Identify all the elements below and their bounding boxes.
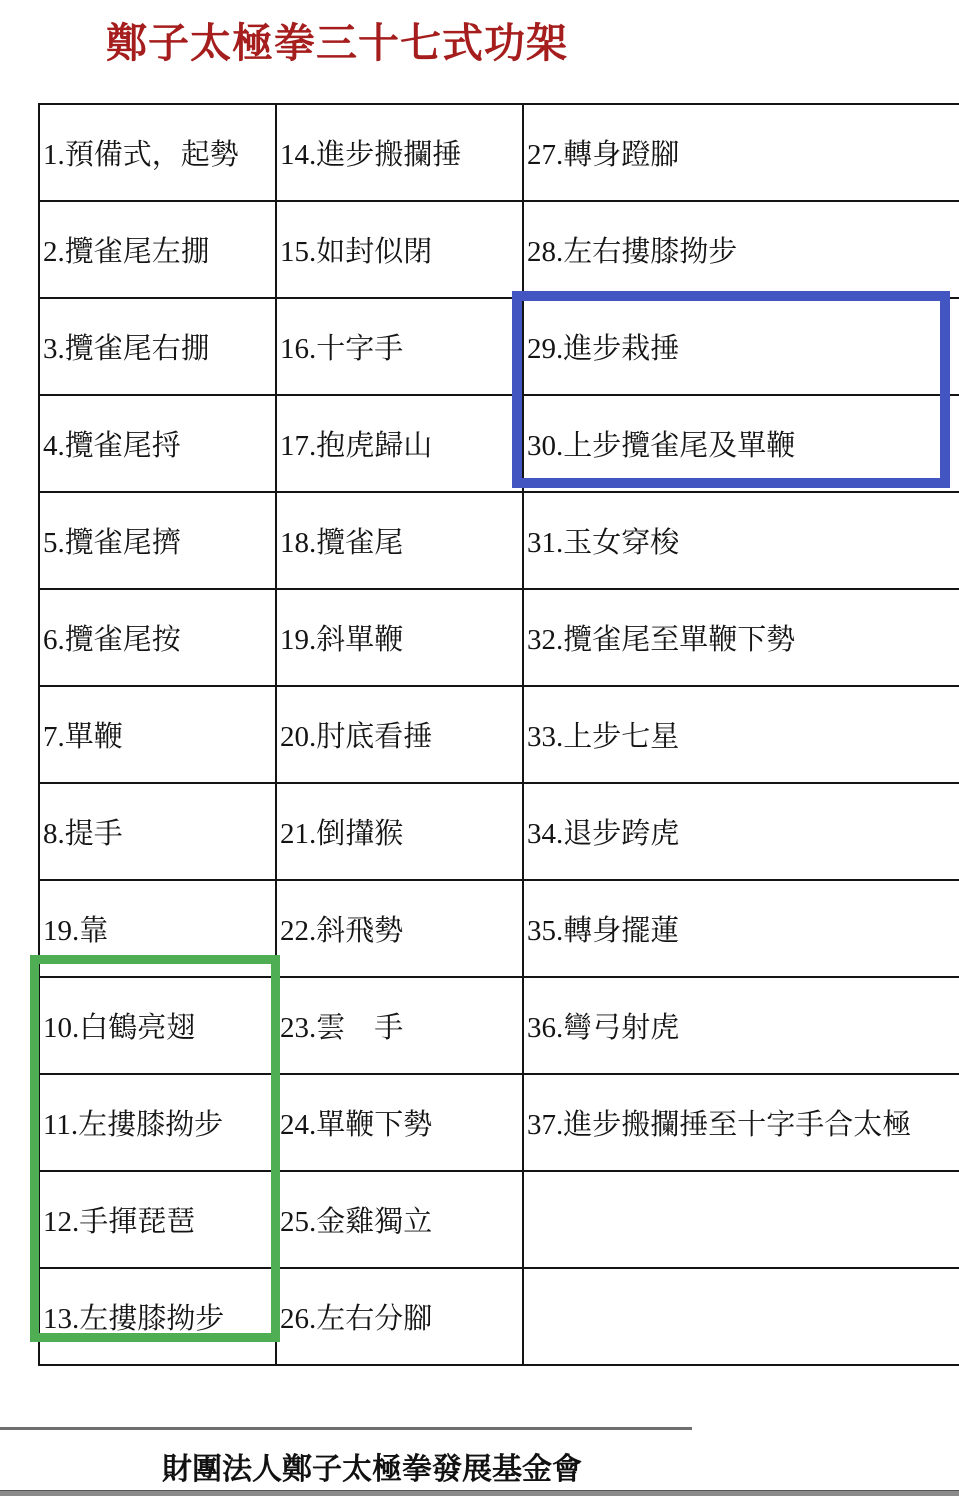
table-cell: 6.攬雀尾按 [39, 589, 276, 686]
table-cell [523, 1268, 959, 1365]
table-row: 4.攬雀尾捋17.抱虎歸山30.上步攬雀尾及單鞭 [39, 395, 959, 492]
table-row: 11.左摟膝拗步24.單鞭下勢37.進步搬攔捶至十字手合太極 [39, 1074, 959, 1171]
table-cell: 23.雲 手 [276, 977, 523, 1074]
table-cell: 35.轉身擺蓮 [523, 880, 959, 977]
table-cell: 12.手揮琵琶 [39, 1171, 276, 1268]
table-cell: 5.攬雀尾擠 [39, 492, 276, 589]
table-cell: 19.靠 [39, 880, 276, 977]
table-cell: 16.十字手 [276, 298, 523, 395]
table-cell: 17.抱虎歸山 [276, 395, 523, 492]
page-title: 鄭子太極拳三十七式功架 [106, 10, 568, 69]
table-cell: 26.左右分腳 [276, 1268, 523, 1365]
table-row: 13.左摟膝拗步26.左右分腳 [39, 1268, 959, 1365]
table-cell: 11.左摟膝拗步 [39, 1074, 276, 1171]
table-cell: 30.上步攬雀尾及單鞭 [523, 395, 959, 492]
table-cell: 20.肘底看捶 [276, 686, 523, 783]
page: 鄭子太極拳三十七式功架 1.預備式，起勢14.進步搬攔捶27.轉身蹬腳2.攬雀尾… [0, 0, 959, 1498]
table-cell: 25.金雞獨立 [276, 1171, 523, 1268]
table-cell: 36.彎弓射虎 [523, 977, 959, 1074]
table-cell: 7.單鞭 [39, 686, 276, 783]
table-cell: 28.左右摟膝拗步 [523, 201, 959, 298]
table-cell: 33.上步七星 [523, 686, 959, 783]
bottom-border-line [0, 1490, 959, 1496]
table-cell: 18.攬雀尾 [276, 492, 523, 589]
table-row: 2.攬雀尾左掤15.如封似閉28.左右摟膝拗步 [39, 201, 959, 298]
table-cell [523, 1171, 959, 1268]
footer-text: 財團法人鄭子太極拳發展基金會 [162, 1444, 582, 1488]
table-row: 12.手揮琵琶25.金雞獨立 [39, 1171, 959, 1268]
table-row: 3.攬雀尾右掤16.十字手29.進步栽捶 [39, 298, 959, 395]
table-cell: 14.進步搬攔捶 [276, 104, 523, 201]
table-cell: 1.預備式，起勢 [39, 104, 276, 201]
table-row: 8.提手21.倒攆猴34.退步跨虎 [39, 783, 959, 880]
table-cell: 13.左摟膝拗步 [39, 1268, 276, 1365]
table-cell: 15.如封似閉 [276, 201, 523, 298]
table-cell: 2.攬雀尾左掤 [39, 201, 276, 298]
table-cell: 34.退步跨虎 [523, 783, 959, 880]
table-row: 5.攬雀尾擠18.攬雀尾31.玉女穿梭 [39, 492, 959, 589]
table-cell: 32.攬雀尾至單鞭下勢 [523, 589, 959, 686]
table-cell: 10.白鶴亮翅 [39, 977, 276, 1074]
table-cell: 31.玉女穿梭 [523, 492, 959, 589]
table-cell: 27.轉身蹬腳 [523, 104, 959, 201]
table-row: 6.攬雀尾按19.斜單鞭32.攬雀尾至單鞭下勢 [39, 589, 959, 686]
table-row: 1.預備式，起勢14.進步搬攔捶27.轉身蹬腳 [39, 104, 959, 201]
table-row: 19.靠22.斜飛勢35.轉身擺蓮 [39, 880, 959, 977]
footer-divider-line [0, 1427, 692, 1430]
table-cell: 29.進步栽捶 [523, 298, 959, 395]
table-cell: 8.提手 [39, 783, 276, 880]
forms-table: 1.預備式，起勢14.進步搬攔捶27.轉身蹬腳2.攬雀尾左掤15.如封似閉28.… [38, 103, 959, 1366]
table-cell: 4.攬雀尾捋 [39, 395, 276, 492]
table-row: 7.單鞭20.肘底看捶33.上步七星 [39, 686, 959, 783]
table-cell: 21.倒攆猴 [276, 783, 523, 880]
table-cell: 37.進步搬攔捶至十字手合太極 [523, 1074, 959, 1171]
table-cell: 19.斜單鞭 [276, 589, 523, 686]
table-row: 10.白鶴亮翅23.雲 手36.彎弓射虎 [39, 977, 959, 1074]
table-cell: 3.攬雀尾右掤 [39, 298, 276, 395]
forms-table-body: 1.預備式，起勢14.進步搬攔捶27.轉身蹬腳2.攬雀尾左掤15.如封似閉28.… [39, 104, 959, 1365]
table-cell: 24.單鞭下勢 [276, 1074, 523, 1171]
table-cell: 22.斜飛勢 [276, 880, 523, 977]
